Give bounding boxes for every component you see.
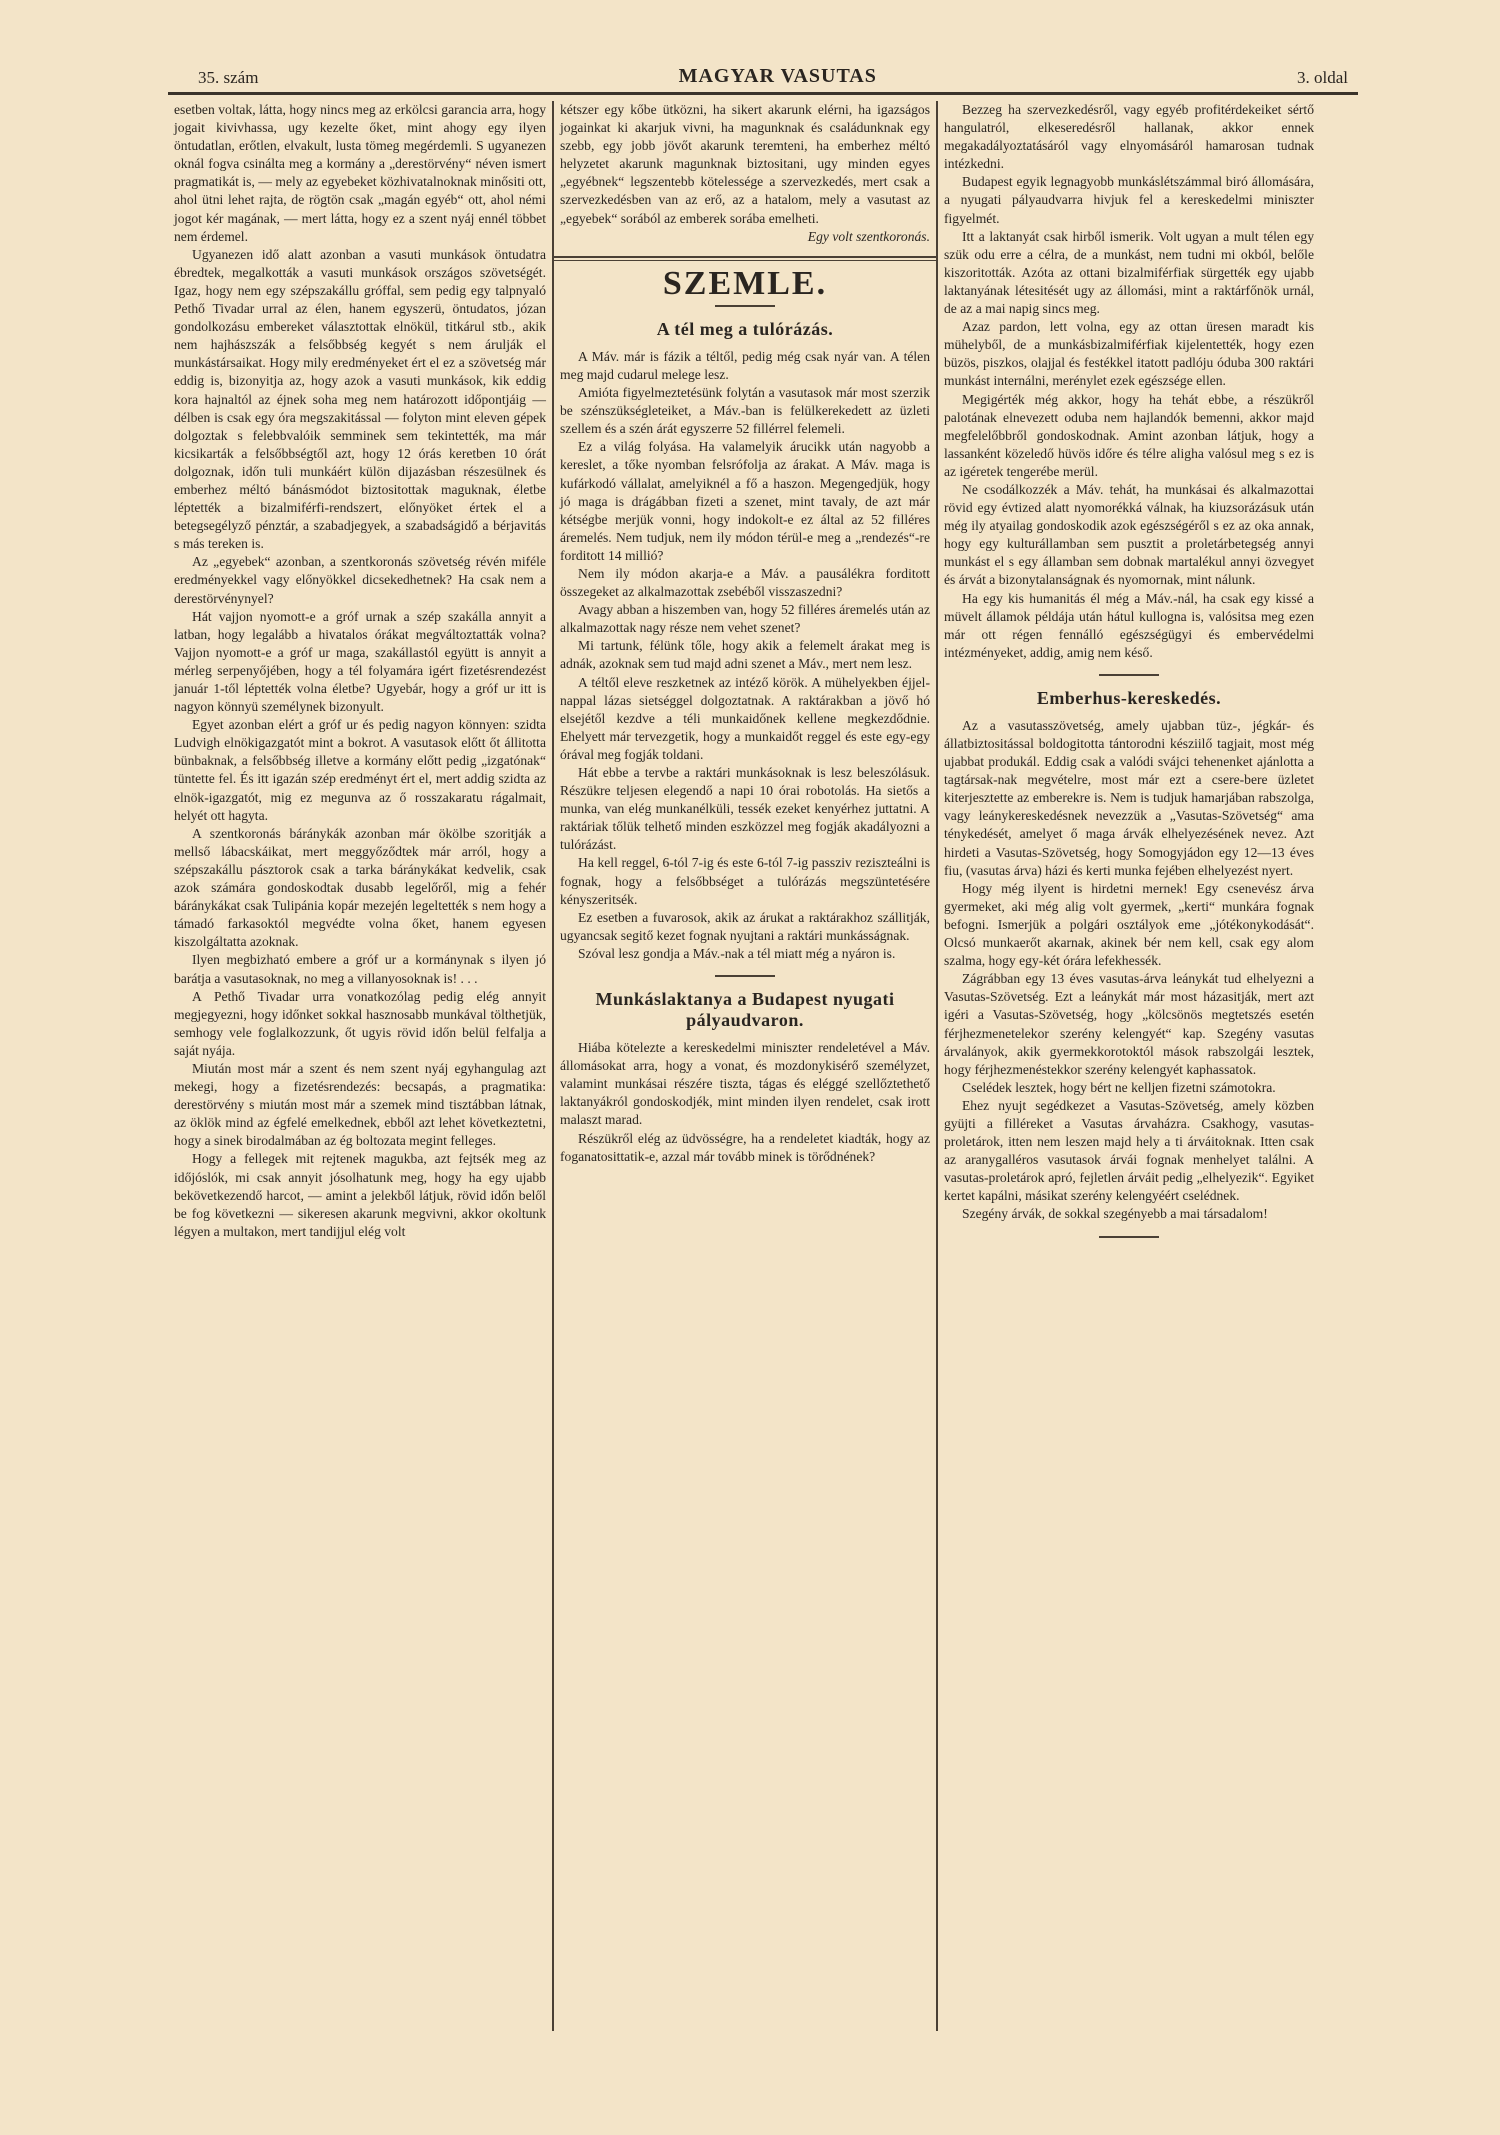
separator <box>1099 674 1159 676</box>
header-rule <box>168 92 1358 95</box>
paragraph: kétszer egy kőbe ütközni, ha sikert akar… <box>560 101 930 228</box>
column-right: Bezzeg ha szervezkedésről, vagy egyéb pr… <box>936 101 1320 2031</box>
paragraph: Szegény árvák, de sokkal szegényebb a ma… <box>944 1205 1314 1223</box>
article-title: A tél meg a tulórázás. <box>560 319 930 340</box>
column-left: esetben voltak, látta, hogy nincs meg az… <box>168 101 552 2031</box>
paragraph: Budapest egyik legnagyobb munkáslétszámm… <box>944 173 1314 227</box>
paragraph: Amióta figyelmeztetésünk folytán a vasut… <box>560 384 930 438</box>
paragraph: Ez a világ folyása. Ha valamelyik árucik… <box>560 438 930 565</box>
paragraph: Nem ily módon akarja-e a Máv. a pausálék… <box>560 565 930 601</box>
section-divider <box>554 256 936 261</box>
paragraph: Hogy még ilyent is hirdetni mernek! Egy … <box>944 880 1314 970</box>
paragraph: Hát ebbe a tervbe a raktári munkásoknak … <box>560 764 930 854</box>
paragraph: Egyet azonban elért a gróf ur és pedig n… <box>174 716 546 825</box>
paragraph: Részükről elég az üdvösségre, ha a rende… <box>560 1130 930 1166</box>
separator <box>715 305 775 307</box>
paragraph: Zágrábban egy 13 éves vasutas-árva leány… <box>944 970 1314 1079</box>
masthead: 35. szám MAGYAR VASUTAS 3. oldal <box>168 62 1358 88</box>
paragraph: Ez esetben a fuvarosok, akik az árukat a… <box>560 909 930 945</box>
article-title: Emberhus-kereskedés. <box>944 688 1314 709</box>
page-number: 3. oldal <box>1297 68 1348 88</box>
paragraph: Az a vasutasszövetség, amely ujabban tüz… <box>944 717 1314 880</box>
paragraph: Szóval lesz gondja a Máv.-nak a tél miat… <box>560 945 930 963</box>
paragraph: Ehez nyujt segédkezet a Vasutas-Szövetsé… <box>944 1097 1314 1206</box>
paragraph: Avagy abban a hiszemben van, hogy 52 fil… <box>560 601 930 637</box>
newspaper-page: 35. szám MAGYAR VASUTAS 3. oldal esetben… <box>168 62 1358 2031</box>
columns: esetben voltak, látta, hogy nincs meg az… <box>168 101 1358 2031</box>
paragraph: A téltől eleve reszketnek az intéző körö… <box>560 674 930 764</box>
paragraph: A szentkoronás báránykák azonban már ökö… <box>174 825 546 952</box>
paragraph: Az „egyebek“ azonban, a szentkoronás szö… <box>174 553 546 607</box>
paragraph: Ilyen megbizható embere a gróf ur a korm… <box>174 951 546 987</box>
paragraph: esetben voltak, látta, hogy nincs meg az… <box>174 101 546 246</box>
article-title: Munkáslaktanya a Budapest nyugati pályau… <box>560 989 930 1031</box>
paragraph: Cselédek lesztek, hogy bért ne kelljen f… <box>944 1079 1314 1097</box>
issue-number: 35. szám <box>198 68 258 88</box>
paragraph: A Máv. már is fázik a téltől, pedig még … <box>560 348 930 384</box>
article-signature: Egy volt szentkoronás. <box>560 228 930 246</box>
paragraph: Ne csodálkozzék a Máv. tehát, ha munkása… <box>944 481 1314 590</box>
paragraph: A Pethő Tivadar urra vonatkozólag pedig … <box>174 988 546 1060</box>
column-middle: kétszer egy kőbe ütközni, ha sikert akar… <box>552 101 936 2031</box>
paragraph: Megigérték még akkor, hogy ha tehát ebbe… <box>944 391 1314 481</box>
separator <box>1099 1236 1159 1238</box>
paragraph: Hogy a fellegek mit rejtenek magukba, az… <box>174 1150 546 1240</box>
paragraph: Bezzeg ha szervezkedésről, vagy egyéb pr… <box>944 101 1314 173</box>
section-title: SZEMLE. <box>560 275 930 293</box>
paragraph: Itt a laktanyát csak hirből ismerik. Vol… <box>944 228 1314 318</box>
paragraph: Ugyanezen idő alatt azonban a vasuti mun… <box>174 246 546 554</box>
separator <box>715 975 775 977</box>
paragraph: Hiába kötelezte a kereskedelmi miniszter… <box>560 1039 930 1129</box>
paragraph: Ha kell reggel, 6-tól 7-ig és este 6-tól… <box>560 854 930 908</box>
paragraph: Miután most már a szent és nem szent nyá… <box>174 1060 546 1150</box>
newspaper-title: MAGYAR VASUTAS <box>679 65 877 88</box>
paragraph: Hát vajjon nyomott-e a gróf urnak a szép… <box>174 608 546 717</box>
paragraph: Ha egy kis humanitás él még a Máv.-nál, … <box>944 590 1314 662</box>
paragraph: Azaz pardon, lett volna, egy az ottan ür… <box>944 318 1314 390</box>
paragraph: Mi tartunk, félünk tőle, hogy akik a fel… <box>560 637 930 673</box>
